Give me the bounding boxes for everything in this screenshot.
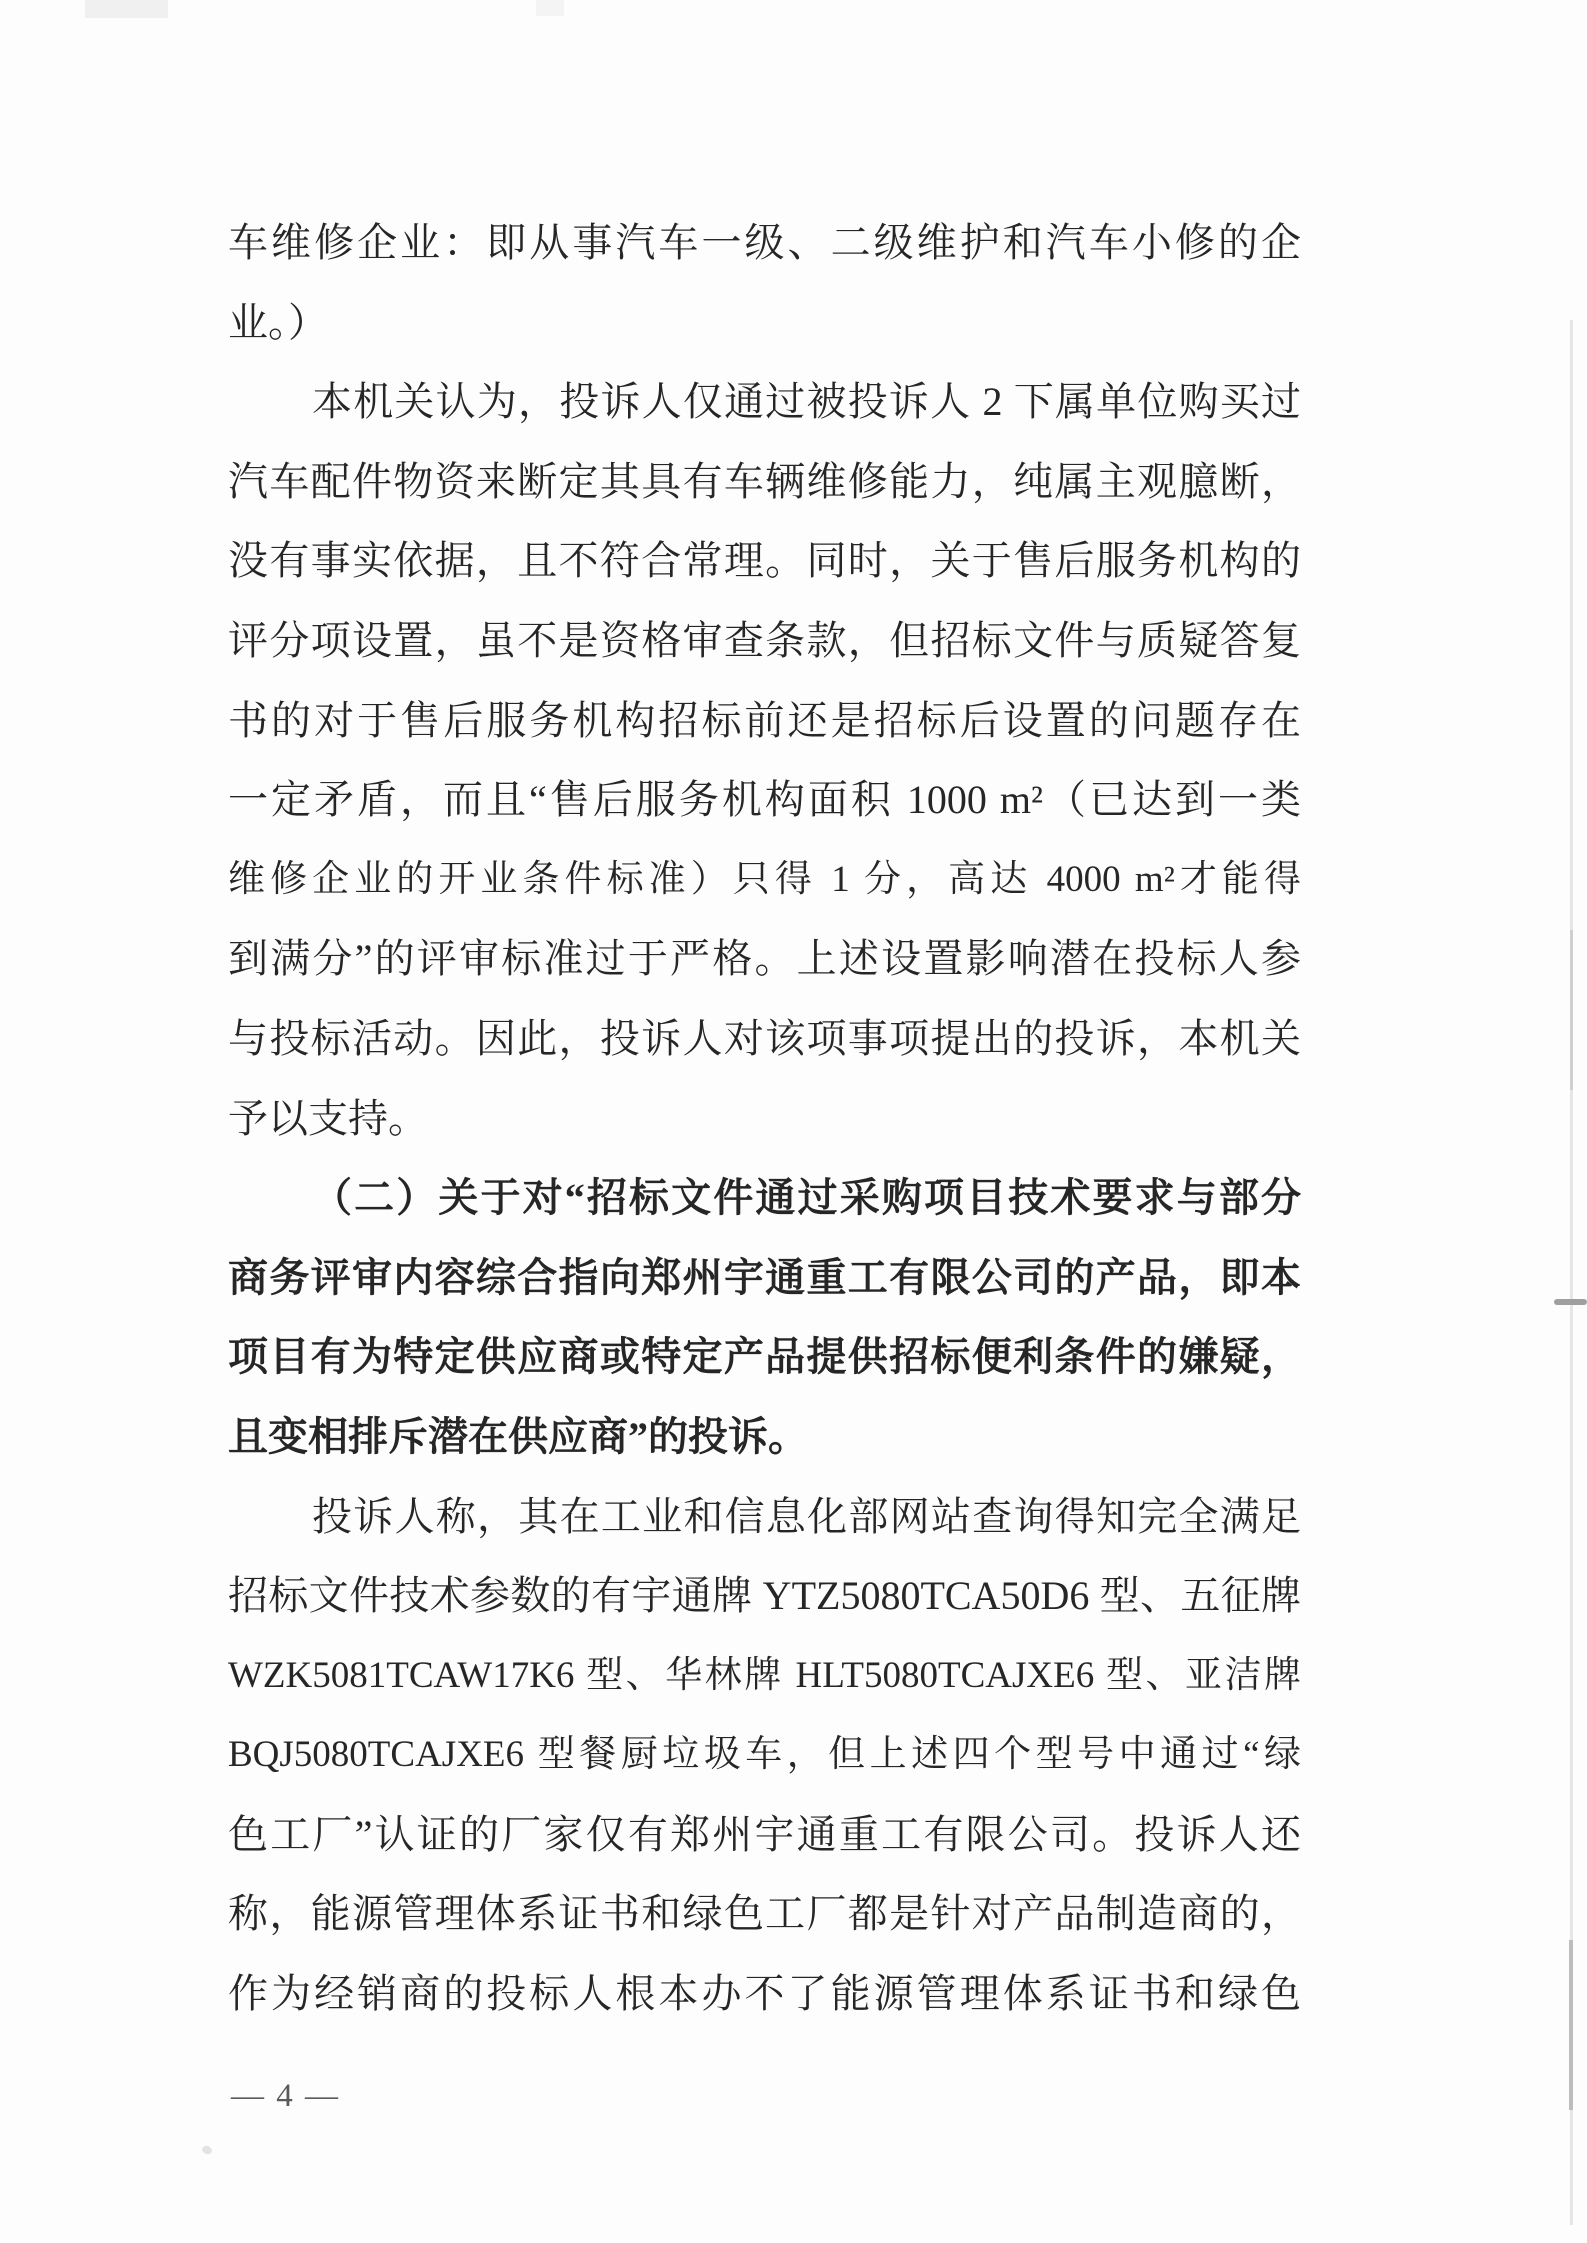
section-heading-line: 商务评审内容综合指向郑州宇通重工有限公司的产品，即本 (228, 1238, 1301, 1318)
scan-artifact-vertical-line (1570, 930, 1573, 1090)
scan-artifact-speck (201, 2144, 213, 2155)
text-line: 书的对于售后服务机构招标前还是招标后设置的问题存在 (228, 681, 1301, 761)
document-body: 车维修企业：即从事汽车一级、二级维护和汽车小修的企 业。） 本机关认为，投诉人仅… (228, 203, 1301, 2034)
text-line: 色工厂”认证的厂家仅有郑州宇通重工有限公司。投诉人还 (228, 1795, 1301, 1875)
text-line: 作为经销商的投标人根本办不了能源管理体系证书和绿色 (228, 1954, 1301, 2034)
scan-artifact-dash (1554, 1299, 1587, 1305)
section-heading-line: （二）关于对“招标文件通过采购项目技术要求与部分 (228, 1158, 1301, 1238)
scan-artifact-vertical-line (1569, 1940, 1573, 2110)
section-heading-line: 项目有为特定供应商或特定产品提供招标便利条件的嫌疑， (228, 1317, 1301, 1397)
text-line: 没有事实依据，且不符合常理。同时，关于售后服务机构的 (228, 521, 1301, 601)
text-line: 维修企业的开业条件标准）只得 1 分，高达 4000 m²才能得 (228, 840, 1301, 920)
text-line: 称，能源管理体系证书和绿色工厂都是针对产品制造商的， (228, 1874, 1301, 1954)
text-line: 车维修企业：即从事汽车一级、二级维护和汽车小修的企 (228, 203, 1301, 283)
section-heading-line: 且变相排斥潜在供应商”的投诉。 (228, 1397, 1301, 1477)
text-line: 招标文件技术参数的有宇通牌 YTZ5080TCA50D6 型、五征牌 (228, 1556, 1301, 1636)
text-line: 予以支持。 (228, 1079, 1301, 1159)
scan-artifact-top-smudge (536, 0, 564, 16)
text-line: 投诉人称，其在工业和信息化部网站查询得知完全满足 (228, 1477, 1301, 1557)
scan-artifact-vertical-line (1570, 320, 1573, 2225)
text-line: 本机关认为，投诉人仅通过被投诉人 2 下属单位购买过 (228, 362, 1301, 442)
text-line: 一定矛盾，而且“售后服务机构面积 1000 m²（已达到一类 (228, 760, 1301, 840)
scan-artifact-top-smudge (85, 0, 168, 18)
page-number: — 4 — (231, 2078, 340, 2115)
text-line: 到满分”的评审标准过于严格。上述设置影响潜在投标人参 (228, 919, 1301, 999)
scanned-document-page: 车维修企业：即从事汽车一级、二级维护和汽车小修的企 业。） 本机关认为，投诉人仅… (0, 0, 1587, 2243)
text-line: BQJ5080TCAJXE6 型餐厨垃圾车，但上述四个型号中通过“绿 (228, 1715, 1301, 1795)
text-line: 评分项设置，虽不是资格审查条款，但招标文件与质疑答复 (228, 601, 1301, 681)
text-line: 与投标活动。因此，投诉人对该项事项提出的投诉，本机关 (228, 999, 1301, 1079)
text-line: 汽车配件物资来断定其具有车辆维修能力，纯属主观臆断， (228, 442, 1301, 522)
text-line: 业。） (228, 283, 1301, 363)
text-line: WZK5081TCAW17K6 型、华林牌 HLT5080TCAJXE6 型、亚… (228, 1636, 1301, 1716)
